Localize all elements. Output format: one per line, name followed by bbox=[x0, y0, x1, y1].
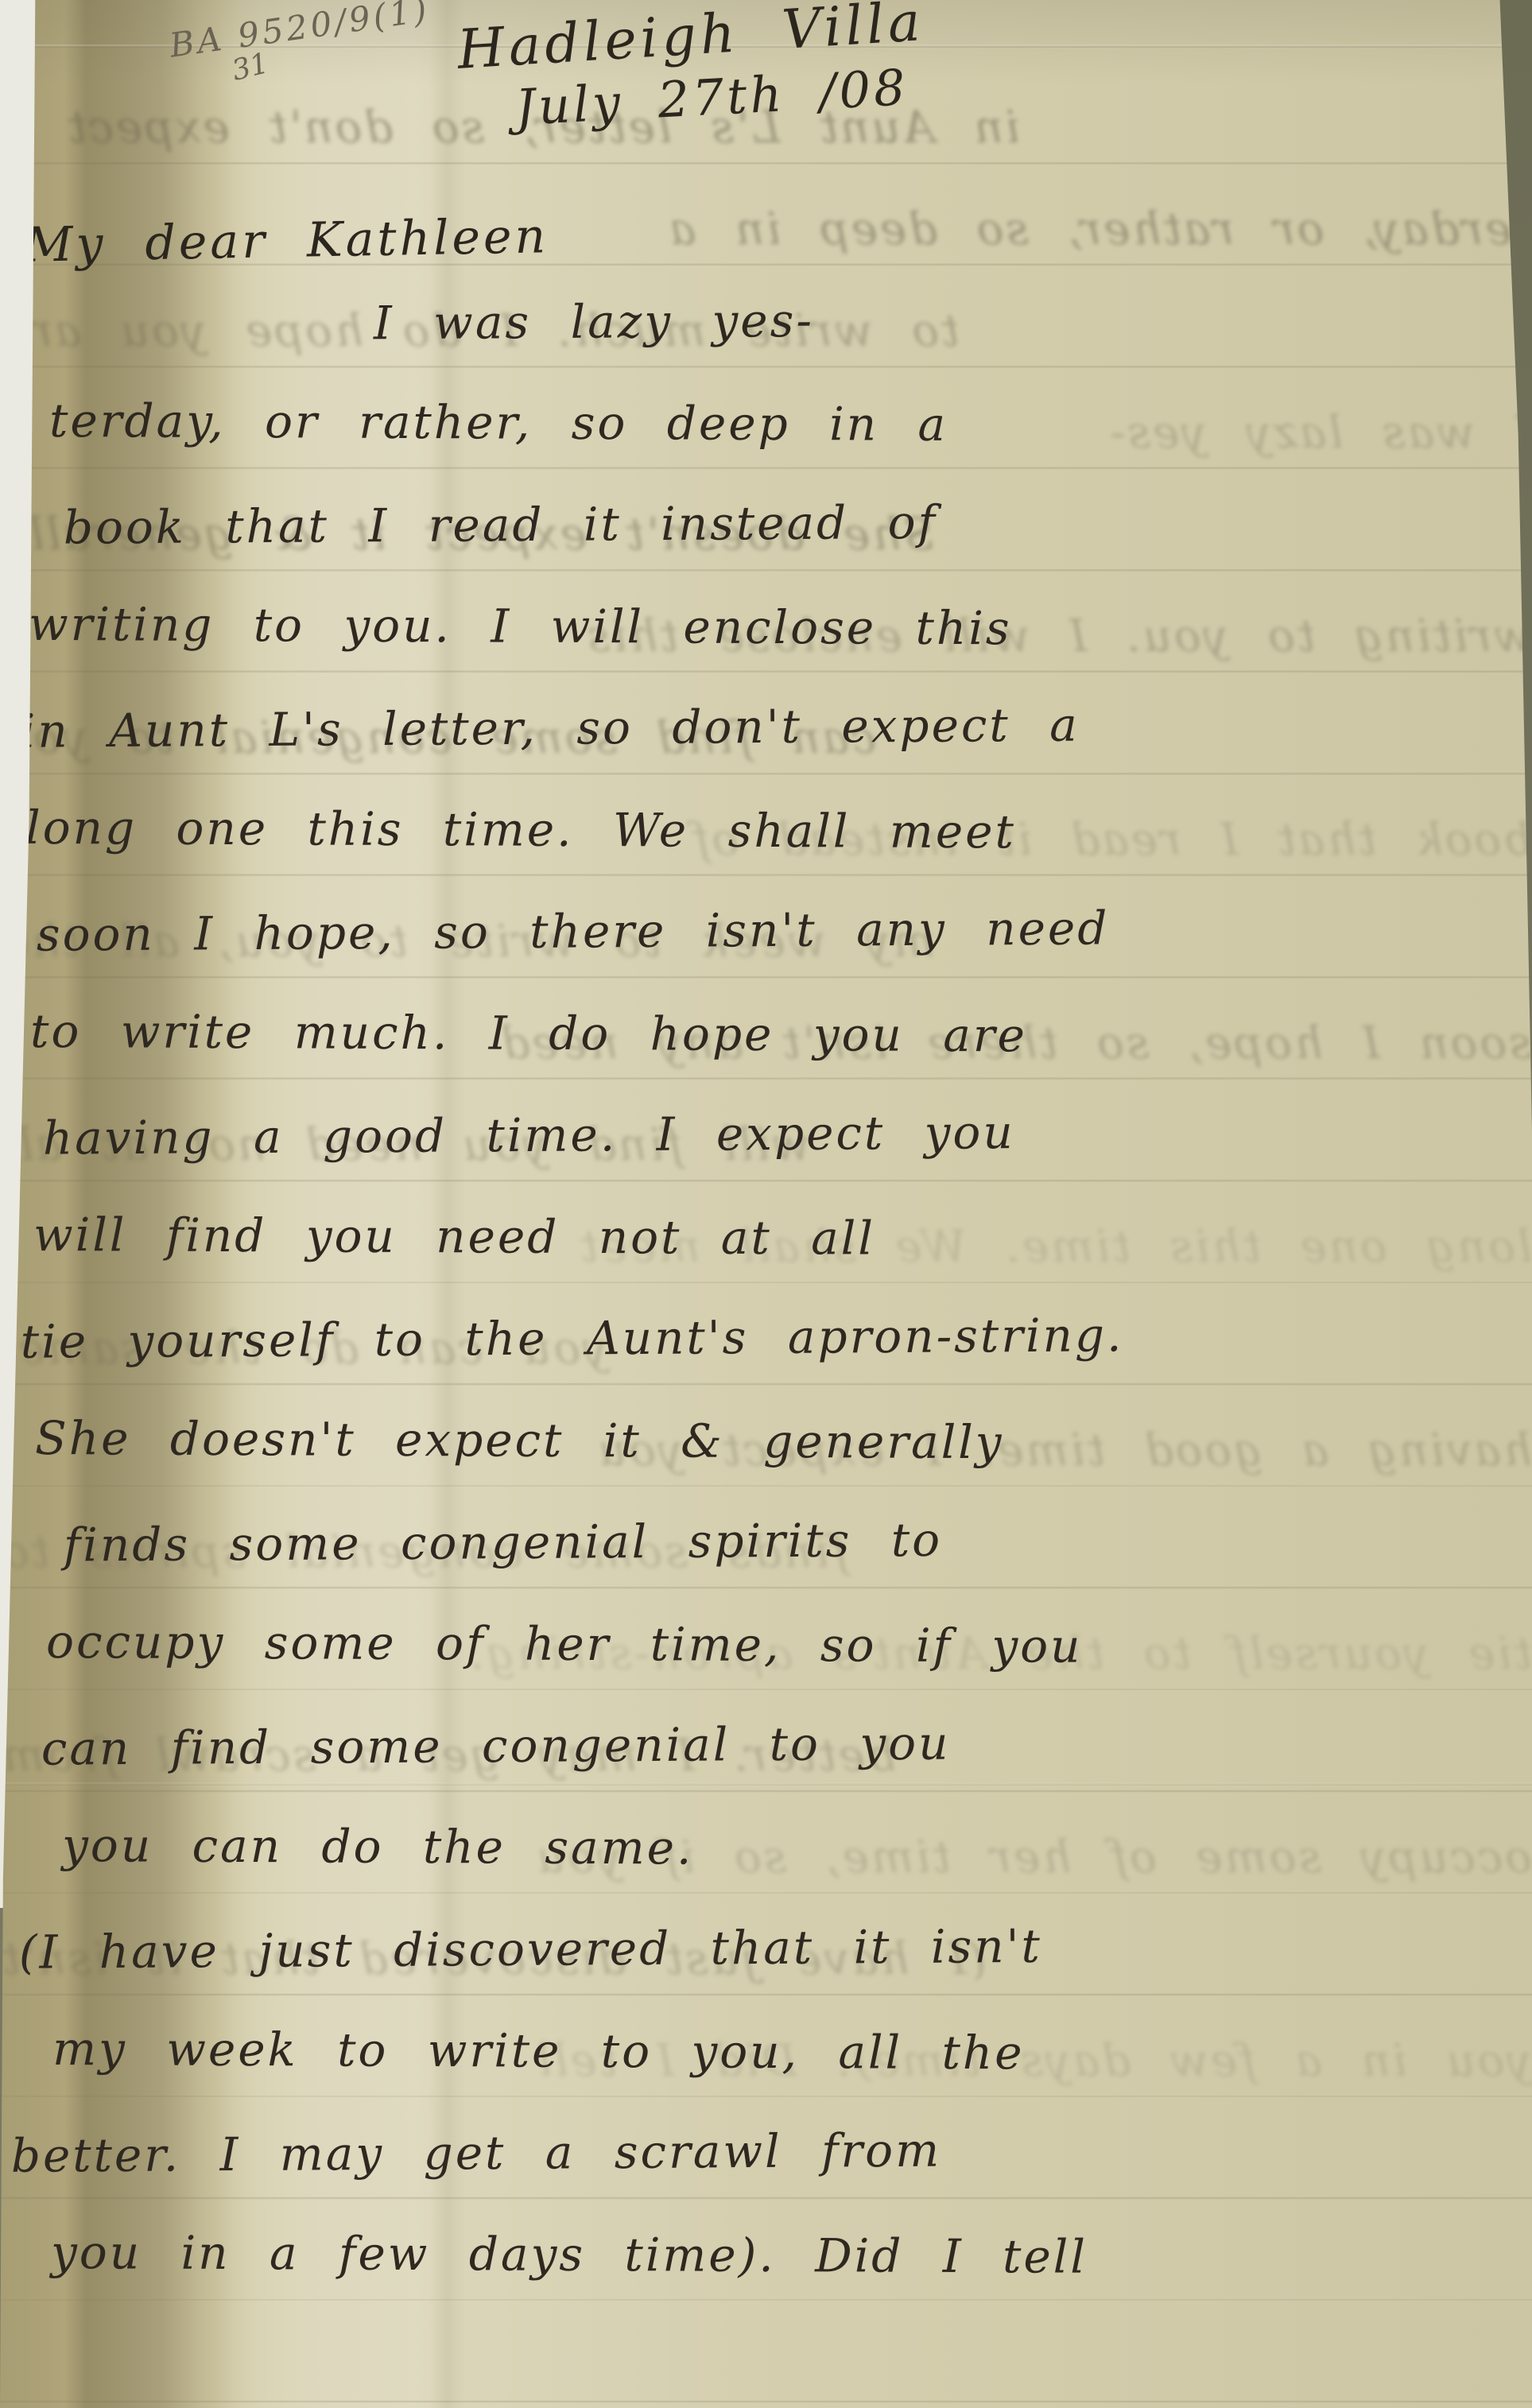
body-line: having a good time. I expect you bbox=[43, 1102, 1511, 1212]
body-line: book that I read it instead of bbox=[64, 491, 1511, 602]
body-line: (I have just discovered that it isn't bbox=[19, 1916, 1511, 2026]
body-line: to write much. I do hope you are bbox=[30, 1004, 1511, 1112]
body-line: occupy some of her time, so if you bbox=[46, 1615, 1511, 1723]
archival-reference: BA 9520/9(1) bbox=[167, 0, 432, 65]
body-line: terday, or rather, so deep in a bbox=[49, 394, 1511, 502]
body-line: better. I may get a scrawl from bbox=[11, 2119, 1511, 2231]
paper-sheet: in Aunt L's letter, so don't expect a te… bbox=[0, 0, 1532, 2408]
body-line: tie yourself to the Aunt's apron-string. bbox=[21, 1305, 1511, 1416]
body-line: you can do the same. bbox=[62, 1818, 1511, 1926]
body-line: you in a few days time). Did I tell bbox=[51, 2225, 1511, 2333]
body-line: She doesn't expect it & generally bbox=[35, 1411, 1511, 1519]
body-line: will find you need not at all bbox=[33, 1208, 1511, 1316]
body-line: writing to you. I will enclose this bbox=[29, 597, 1511, 705]
handwriting-layer: BA 9520/9(1) 31 Hadleigh Villa July 27th… bbox=[0, 0, 1532, 2408]
body-line: I was lazy yes- bbox=[374, 289, 1511, 398]
letter-photo: in Aunt L's letter, so don't expect a te… bbox=[0, 0, 1532, 2408]
body-line: my week to write to you, all the bbox=[52, 2022, 1511, 2130]
body-line: in Aunt L's letter, so don't expect a bbox=[21, 695, 1511, 805]
body-line: soon I hope, so there isn't any need bbox=[37, 898, 1511, 1009]
body-line: long one this time. We shall meet bbox=[25, 801, 1511, 909]
body-line: can find some congenial to you bbox=[41, 1712, 1511, 1823]
letter-body: I was lazy yes- terday, or rather, so de… bbox=[0, 293, 1511, 2328]
body-line: finds some congenial spirits to bbox=[64, 1509, 1511, 1619]
salutation: My dear Kathleen bbox=[23, 208, 549, 273]
